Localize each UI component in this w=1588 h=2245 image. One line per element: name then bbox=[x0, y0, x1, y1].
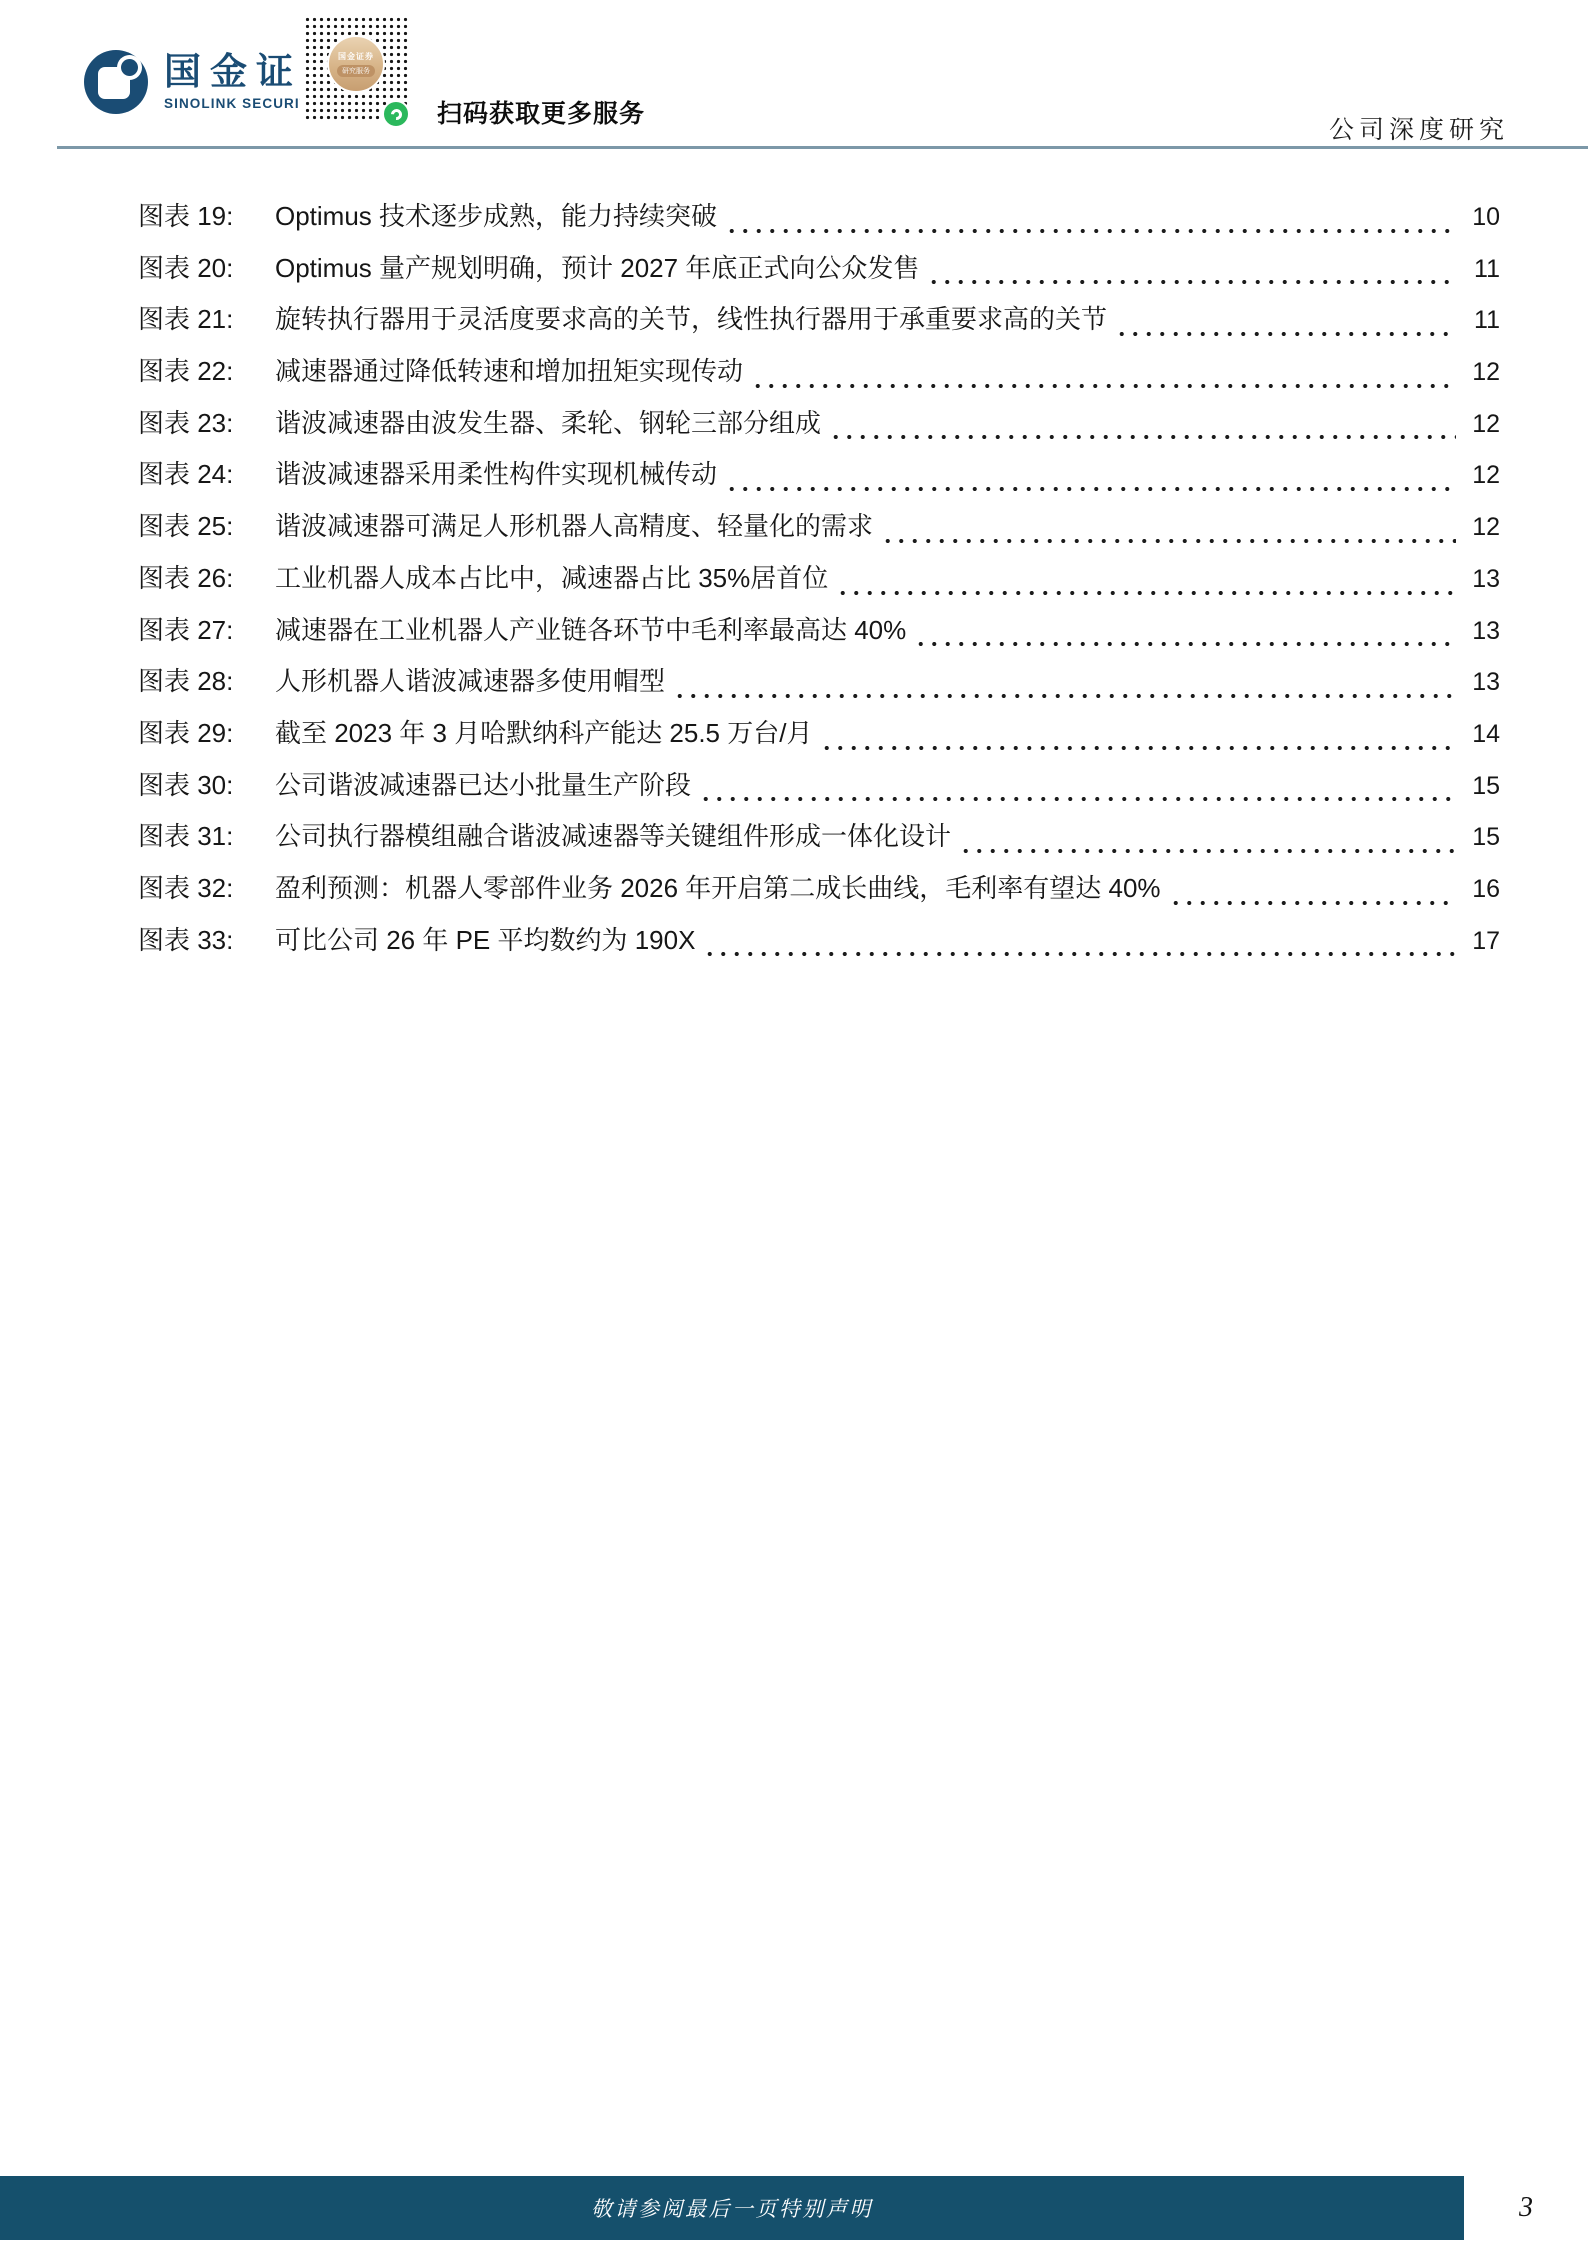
toc-entry-page: 13 bbox=[1462, 617, 1500, 646]
footer-page-box: 3 bbox=[1464, 2176, 1588, 2240]
toc-entry-label: 图表 24: bbox=[138, 454, 275, 491]
toc-entry-page: 11 bbox=[1462, 255, 1500, 284]
toc-entry-page: 13 bbox=[1462, 565, 1500, 594]
toc-entry[interactable]: 图表 26: 工业机器人成本占比中，减速器占比 35%居首位 13 bbox=[138, 558, 1500, 610]
toc-entry[interactable]: 图表 23: 谐波减速器由波发生器、柔轮、钢轮三部分组成 12 bbox=[138, 403, 1500, 455]
toc-list: 图表 19: Optimus 技术逐步成熟，能力持续突破 10 图表 20: O… bbox=[138, 196, 1500, 971]
toc-entry-page: 14 bbox=[1462, 720, 1500, 749]
sinolink-logo-icon bbox=[84, 50, 148, 114]
toc-entry-title: 谐波减速器由波发生器、柔轮、钢轮三部分组成 bbox=[275, 403, 829, 440]
toc-entry-label: 图表 32: bbox=[138, 868, 275, 905]
toc-entry-page: 11 bbox=[1462, 306, 1500, 335]
toc-entry-title: 公司谐波减速器已达小批量生产阶段 bbox=[275, 765, 699, 802]
toc-entry[interactable]: 图表 32: 盈利预测：机器人零部件业务 2026 年开启第二成长曲线，毛利率有… bbox=[138, 868, 1500, 920]
toc-entry[interactable]: 图表 28: 人形机器人谐波减速器多使用帽型 13 bbox=[138, 661, 1500, 713]
toc-entry-page: 12 bbox=[1462, 358, 1500, 387]
toc-entry-title: 可比公司 26 年 PE 平均数约为 190X bbox=[275, 920, 703, 957]
toc-entry-label: 图表 28: bbox=[138, 661, 275, 698]
toc-entry-label: 图表 23: bbox=[138, 403, 275, 440]
toc-dot-leader bbox=[703, 951, 1456, 957]
toc-dot-leader bbox=[673, 693, 1456, 699]
qr-center-badge: 国金证券 研究服务 bbox=[327, 35, 385, 93]
toc-entry-page: 15 bbox=[1462, 772, 1500, 801]
toc-entry-label: 图表 25: bbox=[138, 506, 275, 543]
toc-entry-label: 图表 19: bbox=[138, 196, 275, 233]
toc-entry-title: Optimus 量产规划明确，预计 2027 年底正式向公众发售 bbox=[275, 248, 927, 285]
toc-entry-title: Optimus 技术逐步成熟，能力持续突破 bbox=[275, 196, 725, 233]
qr-code: 国金证券 研究服务 bbox=[300, 12, 412, 124]
toc-dot-leader bbox=[829, 434, 1456, 440]
toc-dot-leader bbox=[725, 486, 1456, 492]
toc-entry[interactable]: 图表 29: 截至 2023 年 3 月哈默纳科产能达 25.5 万台/月 14 bbox=[138, 713, 1500, 765]
toc-dot-leader bbox=[1115, 331, 1456, 337]
wechat-icon bbox=[382, 100, 410, 128]
toc-dot-leader bbox=[1169, 900, 1456, 906]
toc-entry-label: 图表 21: bbox=[138, 299, 275, 336]
toc-entry-title: 盈利预测：机器人零部件业务 2026 年开启第二成长曲线，毛利率有望达 40% bbox=[275, 868, 1169, 905]
toc-entry-page: 13 bbox=[1462, 668, 1500, 697]
toc-entry-page: 10 bbox=[1462, 203, 1500, 232]
toc-dot-leader bbox=[836, 590, 1456, 596]
toc-dot-leader bbox=[881, 538, 1456, 544]
toc-dot-leader bbox=[725, 228, 1456, 234]
toc-entry-title: 减速器通过降低转速和增加扭矩实现传动 bbox=[275, 351, 751, 388]
toc-entry[interactable]: 图表 19: Optimus 技术逐步成熟，能力持续突破 10 bbox=[138, 196, 1500, 248]
toc-entry[interactable]: 图表 27: 减速器在工业机器人产业链各环节中毛利率最高达 40% 13 bbox=[138, 610, 1500, 662]
toc-entry-title: 工业机器人成本占比中，减速器占比 35%居首位 bbox=[275, 558, 836, 595]
toc-dot-leader bbox=[914, 641, 1456, 647]
toc-dot-leader bbox=[751, 383, 1456, 389]
qr-badge-title: 国金证券 bbox=[338, 51, 374, 62]
toc-dot-leader bbox=[959, 848, 1456, 854]
toc-entry-title: 人形机器人谐波减速器多使用帽型 bbox=[275, 661, 673, 698]
header-divider bbox=[57, 146, 1588, 149]
qr-caption: 扫码获取更多服务 bbox=[437, 94, 645, 130]
toc-entry-page: 16 bbox=[1462, 875, 1500, 904]
toc-entry-title: 减速器在工业机器人产业链各环节中毛利率最高达 40% bbox=[275, 610, 914, 647]
toc-entry[interactable]: 图表 33: 可比公司 26 年 PE 平均数约为 190X 17 bbox=[138, 920, 1500, 972]
toc-entry[interactable]: 图表 21: 旋转执行器用于灵活度要求高的关节，线性执行器用于承重要求高的关节 … bbox=[138, 299, 1500, 351]
toc-entry-page: 12 bbox=[1462, 461, 1500, 490]
toc-dot-leader bbox=[927, 279, 1456, 285]
qr-badge-subtitle: 研究服务 bbox=[337, 65, 375, 77]
footer-bar: 敬请参阅最后一页特别声明 bbox=[0, 2176, 1464, 2240]
toc-entry-page: 15 bbox=[1462, 823, 1500, 852]
toc-entry[interactable]: 图表 22: 减速器通过降低转速和增加扭矩实现传动 12 bbox=[138, 351, 1500, 403]
toc-entry-title: 截至 2023 年 3 月哈默纳科产能达 25.5 万台/月 bbox=[275, 713, 820, 750]
footer-disclaimer: 敬请参阅最后一页特别声明 bbox=[591, 2193, 873, 2223]
toc-entry[interactable]: 图表 20: Optimus 量产规划明确，预计 2027 年底正式向公众发售 … bbox=[138, 248, 1500, 300]
report-page: 国金证券 SINOLINK SECURITIES 国金证券 研究服务 扫码获取更… bbox=[0, 0, 1588, 2245]
toc-entry[interactable]: 图表 31: 公司执行器模组融合谐波减速器等关键组件形成一体化设计 15 bbox=[138, 816, 1500, 868]
toc-entry-title: 旋转执行器用于灵活度要求高的关节，线性执行器用于承重要求高的关节 bbox=[275, 299, 1115, 336]
toc-entry-label: 图表 22: bbox=[138, 351, 275, 388]
toc-entry-label: 图表 30: bbox=[138, 765, 275, 802]
toc-entry-label: 图表 26: bbox=[138, 558, 275, 595]
toc-entry-page: 17 bbox=[1462, 927, 1500, 956]
toc-entry-title: 公司执行器模组融合谐波减速器等关键组件形成一体化设计 bbox=[275, 816, 959, 853]
toc-entry-title: 谐波减速器采用柔性构件实现机械传动 bbox=[275, 454, 725, 491]
toc-entry[interactable]: 图表 24: 谐波减速器采用柔性构件实现机械传动 12 bbox=[138, 454, 1500, 506]
toc-entry-label: 图表 29: bbox=[138, 713, 275, 750]
logo-ball-shape bbox=[121, 59, 138, 76]
report-type-label: 公司深度研究 bbox=[1329, 110, 1509, 146]
toc-entry-page: 12 bbox=[1462, 410, 1500, 439]
toc-dot-leader bbox=[820, 745, 1456, 751]
toc-entry[interactable]: 图表 30: 公司谐波减速器已达小批量生产阶段 15 bbox=[138, 765, 1500, 817]
toc-entry-label: 图表 33: bbox=[138, 920, 275, 957]
toc-entry-label: 图表 27: bbox=[138, 610, 275, 647]
toc-dot-leader bbox=[699, 796, 1456, 802]
toc-entry[interactable]: 图表 25: 谐波减速器可满足人形机器人高精度、轻量化的需求 12 bbox=[138, 506, 1500, 558]
page-number: 3 bbox=[1519, 2192, 1533, 2224]
toc-entry-title: 谐波减速器可满足人形机器人高精度、轻量化的需求 bbox=[275, 506, 881, 543]
toc-entry-label: 图表 31: bbox=[138, 816, 275, 853]
toc-entry-page: 12 bbox=[1462, 513, 1500, 542]
toc-entry-label: 图表 20: bbox=[138, 248, 275, 285]
